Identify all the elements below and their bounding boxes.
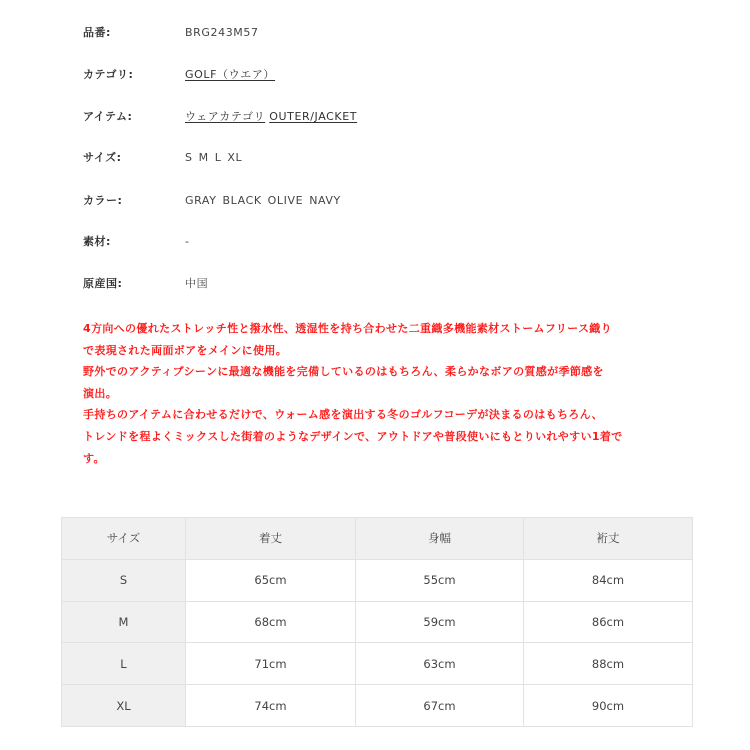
description-line: す。 [83, 448, 703, 470]
header-length: 着丈 [186, 518, 356, 560]
color-option: BLACK [223, 194, 262, 207]
spec-row-product-code: 品番: BRG243M57 [83, 23, 703, 43]
spec-label: カラー: [83, 191, 122, 211]
size-cell: XL [62, 685, 186, 727]
length-cell: 68cm [186, 601, 356, 643]
table-row: M 68cm 59cm 86cm [62, 601, 693, 643]
sleeve-cell: 88cm [524, 643, 693, 685]
spec-row-material: 素材: - [83, 232, 703, 252]
item-value: ウェアカテゴリOUTER/JACKET [185, 107, 357, 127]
colors-value: GRAYBLACKOLIVENAVY [185, 191, 347, 211]
description-line: 演出。 [83, 383, 703, 405]
color-option: OLIVE [268, 194, 304, 207]
length-cell: 65cm [186, 559, 356, 601]
category-link[interactable]: GOLF（ウエア） [185, 68, 275, 81]
spec-label: サイズ: [83, 148, 122, 168]
table-row: L 71cm 63cm 88cm [62, 643, 693, 685]
size-option: XL [227, 151, 242, 164]
sleeve-cell: 84cm [524, 559, 693, 601]
description-line: トレンドを程よくミックスした街着のようなデザインで、アウトドアや普段使いにもとり… [83, 426, 703, 448]
length-cell: 74cm [186, 685, 356, 727]
material-value: - [185, 232, 190, 252]
outer-jacket-link[interactable]: OUTER/JACKET [269, 110, 357, 123]
width-cell: 55cm [356, 559, 524, 601]
spec-label: 素材: [83, 232, 111, 252]
description-line: 手持ちのアイテムに合わせるだけで、ウォーム感を演出する冬のゴルフコーデが決まるの… [83, 404, 703, 426]
width-cell: 63cm [356, 643, 524, 685]
description-line: 野外でのアクティブシーンに最適な機能を完備しているのはもちろん、柔らかなボアの質… [83, 361, 703, 383]
spec-label: アイテム: [83, 107, 132, 127]
sleeve-cell: 90cm [524, 685, 693, 727]
spec-label: 品番: [83, 23, 111, 43]
sizes-value: SMLXL [185, 148, 248, 168]
size-cell: M [62, 601, 186, 643]
size-cell: S [62, 559, 186, 601]
spec-row-item: アイテム: ウェアカテゴリOUTER/JACKET [83, 107, 703, 127]
product-description: 4方向への優れたストレッチ性と撥水性、透湿性を持ち合わせた二重織多機能素材ストー… [83, 318, 703, 469]
size-cell: L [62, 643, 186, 685]
spec-row-sizes: サイズ: SMLXL [83, 148, 703, 168]
category-value: GOLF（ウエア） [185, 65, 275, 85]
spec-label: 原産国: [83, 274, 122, 294]
wear-category-link[interactable]: ウェアカテゴリ [185, 110, 265, 123]
description-line: で表現された両面ボアをメインに使用。 [83, 340, 703, 362]
size-option: L [215, 151, 222, 164]
length-cell: 71cm [186, 643, 356, 685]
product-code-value: BRG243M57 [185, 23, 259, 43]
color-option: GRAY [185, 194, 217, 207]
spec-row-category: カテゴリ: GOLF（ウエア） [83, 65, 703, 85]
header-size: サイズ [62, 518, 186, 560]
description-line: 4方向への優れたストレッチ性と撥水性、透湿性を持ち合わせた二重織多機能素材ストー… [83, 318, 703, 340]
sleeve-cell: 86cm [524, 601, 693, 643]
spec-row-colors: カラー: GRAYBLACKOLIVENAVY [83, 191, 703, 211]
spec-row-origin: 原産国: 中国 [83, 274, 703, 294]
origin-value: 中国 [185, 274, 208, 294]
width-cell: 67cm [356, 685, 524, 727]
table-row: XL 74cm 67cm 90cm [62, 685, 693, 727]
header-width: 身幅 [356, 518, 524, 560]
table-header-row: サイズ 着丈 身幅 裄丈 [62, 518, 693, 560]
size-option: S [185, 151, 193, 164]
header-sleeve: 裄丈 [524, 518, 693, 560]
width-cell: 59cm [356, 601, 524, 643]
table-row: S 65cm 55cm 84cm [62, 559, 693, 601]
size-option: M [199, 151, 209, 164]
color-option: NAVY [309, 194, 341, 207]
size-chart-table: サイズ 着丈 身幅 裄丈 S 65cm 55cm 84cm M 68cm 59c… [61, 517, 693, 727]
spec-label: カテゴリ: [83, 65, 133, 85]
